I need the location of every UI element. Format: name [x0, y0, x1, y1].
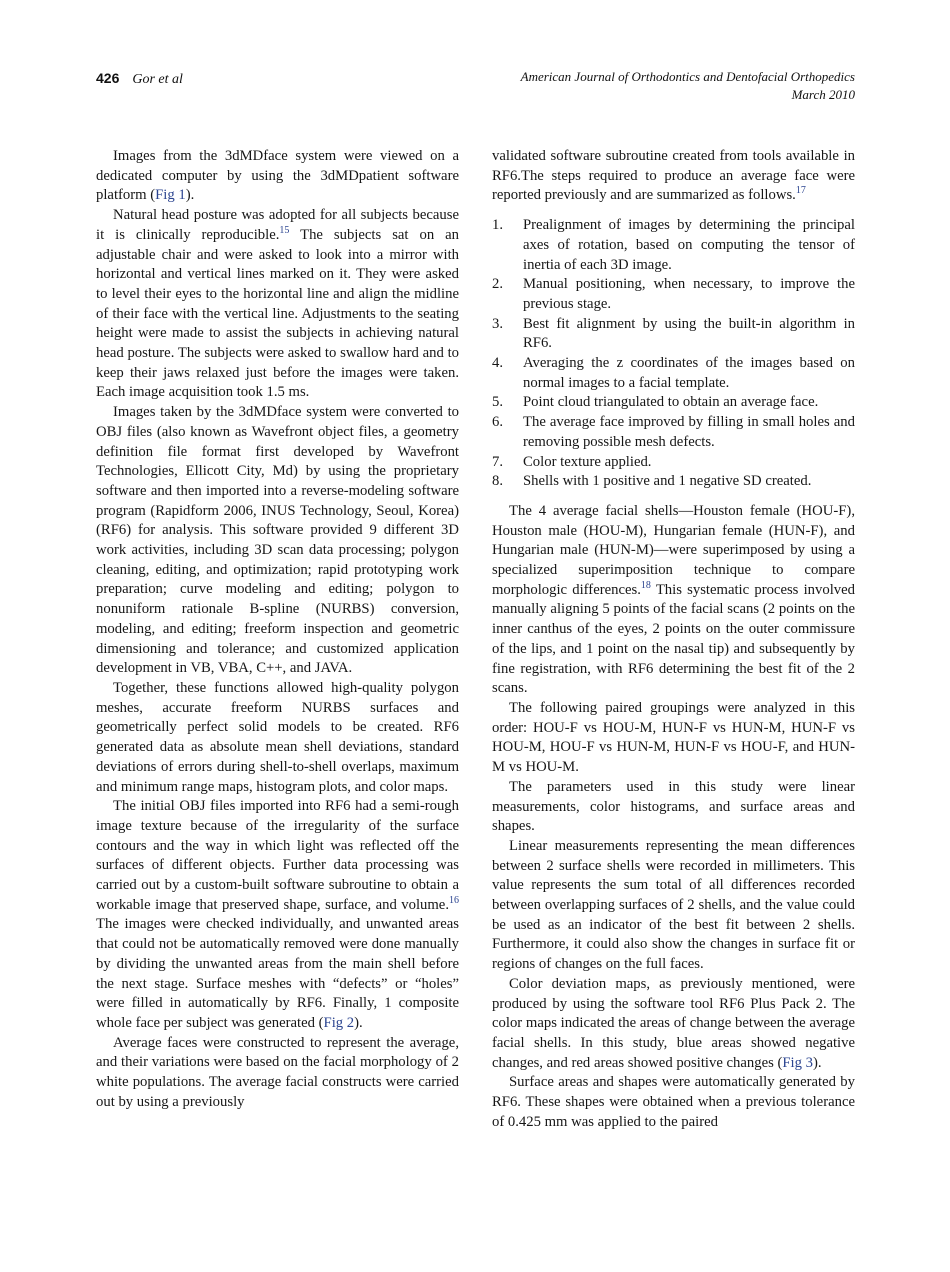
list-item: 6.The average face improved by filling i… [492, 413, 855, 452]
paragraph: Average faces were constructed to repres… [96, 1034, 459, 1113]
text-run: The parameters used in this study were l… [492, 779, 855, 834]
figure-link[interactable]: Fig 3 [782, 1055, 813, 1071]
text-run: The initial OBJ files imported into RF6 … [96, 798, 459, 913]
list-item: 1.Prealignment of images by determining … [492, 216, 855, 275]
list-item: 4.Averaging the z coordinates of the ima… [492, 354, 855, 393]
paragraph: Surface areas and shapes were automatica… [492, 1073, 855, 1132]
journal-page: 426 Gor et al American Journal of Orthod… [0, 0, 950, 1272]
paragraph: The initial OBJ files imported into RF6 … [96, 797, 459, 1033]
paragraph: The 4 average facial shells—Houston fema… [492, 502, 855, 699]
text-run: The subjects sat on an adjustable chair … [96, 227, 459, 401]
text-run: Together, these functions allowed high-q… [96, 680, 459, 795]
paragraph: Images from the 3dMDface system were vie… [96, 147, 459, 206]
reference-citation-link[interactable]: 15 [279, 225, 289, 236]
text-run: ). [813, 1055, 822, 1071]
text-run: Color texture applied. [523, 454, 651, 470]
list-item-text: Prealignment of images by determining th… [523, 216, 855, 275]
list-item: 2.Manual positioning, when necessary, to… [492, 275, 855, 314]
text-run: Images from the 3dMDface system were vie… [96, 148, 459, 203]
text-run: The average face improved by filling in … [523, 414, 855, 450]
reference-citation-link[interactable]: 16 [449, 895, 459, 906]
figure-link[interactable]: Fig 1 [155, 187, 186, 203]
figure-link[interactable]: Fig 2 [324, 1015, 355, 1031]
paragraph: The parameters used in this study were l… [492, 778, 855, 837]
issue-date: March 2010 [521, 86, 855, 104]
list-item-text: Point cloud triangulated to obtain an av… [523, 393, 855, 413]
list-item-text: Averaging the z coordinates of the image… [523, 354, 855, 393]
list-item-number: 2. [492, 275, 523, 314]
paragraph: Images taken by the 3dMDface system were… [96, 403, 459, 679]
text-run: Manual positioning, when necessary, to i… [523, 276, 855, 312]
text-run: Shells with 1 positive and 1 negative SD… [523, 473, 811, 489]
text-run: Surface areas and shapes were automatica… [492, 1074, 855, 1129]
list-item: 3.Best fit alignment by using the built-… [492, 315, 855, 354]
text-run: Averaging the z coordinates of the image… [523, 355, 855, 391]
text-run: ). [354, 1015, 363, 1031]
list-item-text: Shells with 1 positive and 1 negative SD… [523, 472, 855, 492]
text-run: Average faces were constructed to repres… [96, 1035, 459, 1110]
running-head: 426 Gor et al American Journal of Orthod… [96, 68, 855, 103]
list-item-text: Manual positioning, when necessary, to i… [523, 275, 855, 314]
reference-citation-link[interactable]: 17 [796, 186, 806, 197]
list-item-number: 1. [492, 216, 523, 275]
journal-name: American Journal of Orthodontics and Den… [521, 68, 855, 86]
text-run: Point cloud triangulated to obtain an av… [523, 394, 818, 410]
running-head-left: 426 Gor et al [96, 68, 183, 88]
running-head-right: American Journal of Orthodontics and Den… [521, 68, 855, 103]
list-item: 5.Point cloud triangulated to obtain an … [492, 393, 855, 413]
text-run: Prealignment of images by determining th… [523, 217, 855, 272]
list-item-number: 8. [492, 472, 523, 492]
page-number: 426 [96, 70, 119, 86]
text-run: Best fit alignment by using the built-in… [523, 316, 855, 352]
list-item-number: 7. [492, 453, 523, 473]
text-run: ). [186, 187, 195, 203]
paragraph: validated software subroutine created fr… [492, 147, 855, 206]
right-column: validated software subroutine created fr… [492, 147, 855, 1132]
paragraph: Linear measurements representing the mea… [492, 837, 855, 975]
reference-citation-link[interactable]: 18 [641, 580, 651, 591]
text-run: Images taken by the 3dMDface system were… [96, 404, 459, 676]
list-item-number: 4. [492, 354, 523, 393]
text-run: Linear measurements representing the mea… [492, 838, 855, 972]
list-item-text: Color texture applied. [523, 453, 855, 473]
paragraph: Together, these functions allowed high-q… [96, 679, 459, 797]
running-head-authors: Gor et al [132, 72, 183, 88]
text-run: The following paired groupings were anal… [492, 700, 855, 775]
list-item-number: 3. [492, 315, 523, 354]
text-run: This systematic process involved manuall… [492, 582, 855, 697]
two-column-body: Images from the 3dMDface system were vie… [96, 147, 855, 1132]
paragraph: Color deviation maps, as previously ment… [492, 975, 855, 1074]
list-item-text: The average face improved by filling in … [523, 413, 855, 452]
paragraph: The following paired groupings were anal… [492, 699, 855, 778]
list-item-text: Best fit alignment by using the built-in… [523, 315, 855, 354]
list-item: 8.Shells with 1 positive and 1 negative … [492, 472, 855, 492]
list-item-number: 5. [492, 393, 523, 413]
numbered-list: 1.Prealignment of images by determining … [492, 216, 855, 492]
left-column: Images from the 3dMDface system were vie… [96, 147, 459, 1132]
list-item: 7.Color texture applied. [492, 453, 855, 473]
list-item-number: 6. [492, 413, 523, 452]
text-run: The images were checked individually, an… [96, 916, 459, 1031]
paragraph: Natural head posture was adopted for all… [96, 206, 459, 403]
